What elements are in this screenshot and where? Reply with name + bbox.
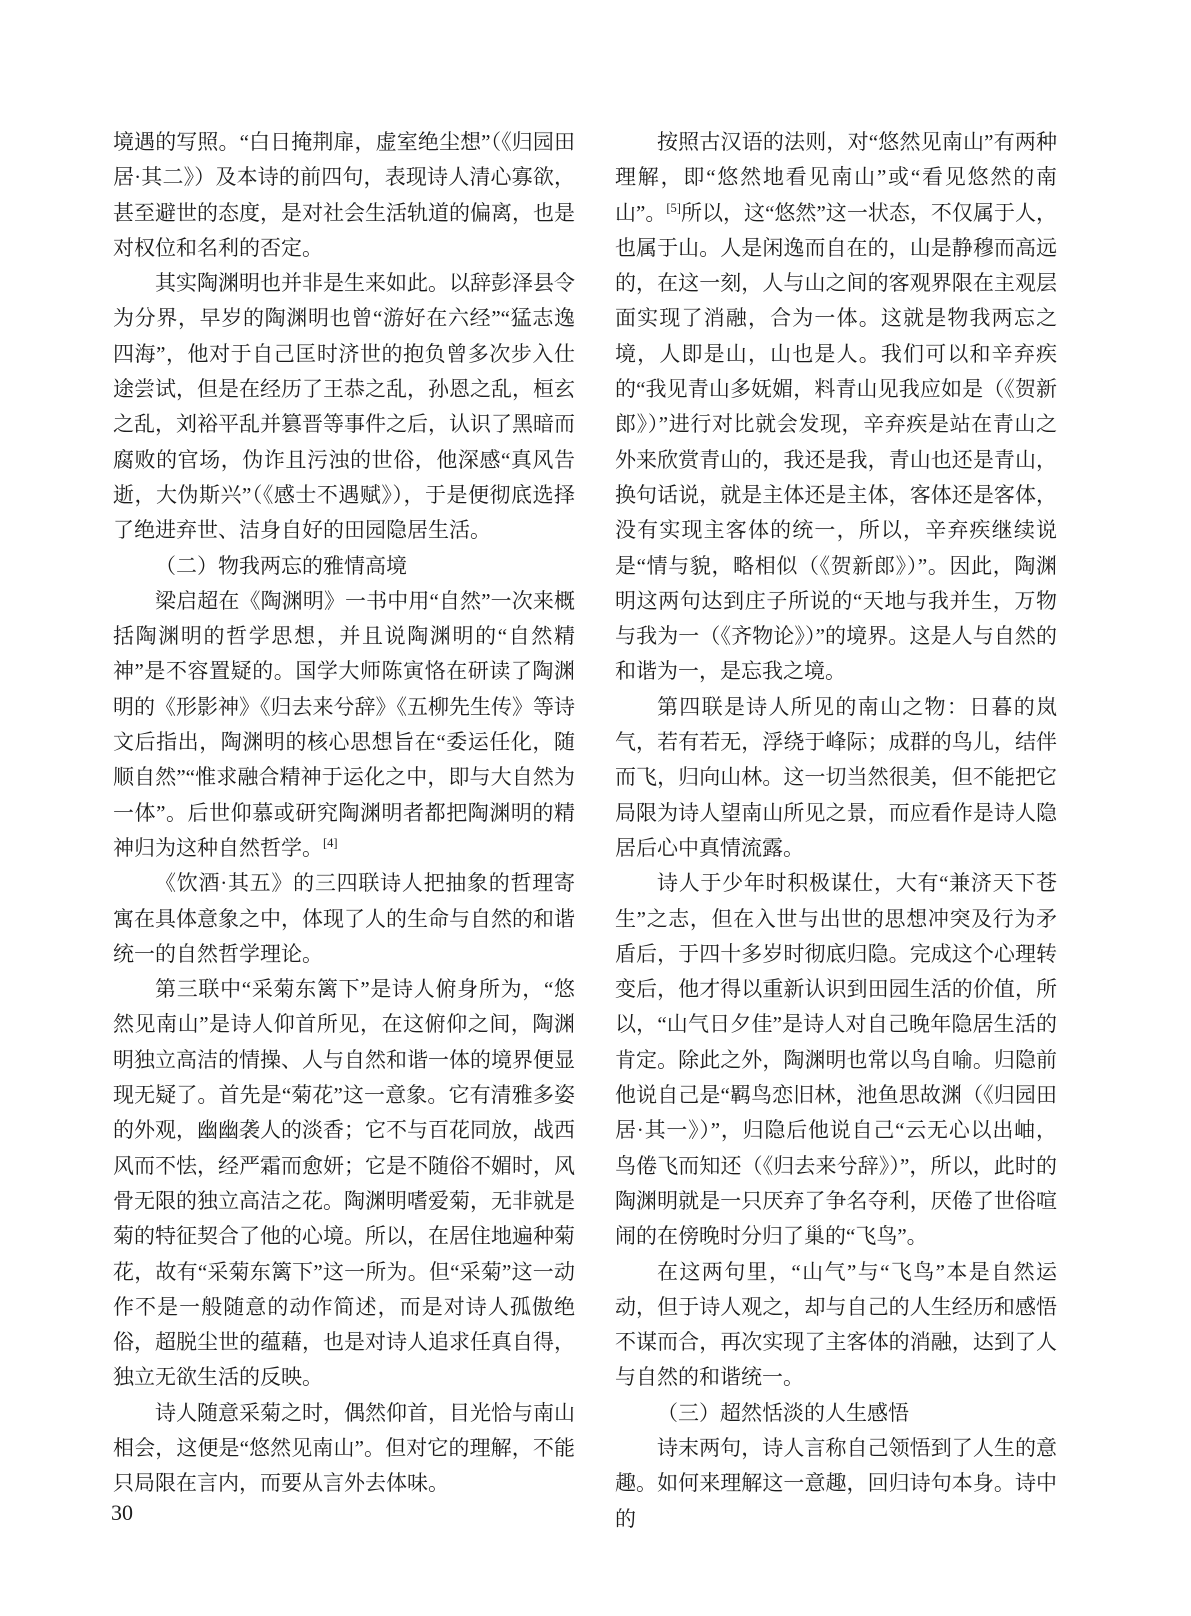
- page-number: 30: [111, 1500, 133, 1526]
- article-body: 境遇的写照。“白日掩荆扉，虚室绝尘想”（《归园田居·其二》）及本诗的前四句，表现…: [113, 125, 1057, 1537]
- paragraph: 按照古汉语的法则，对“悠然见南山”有两种理解，即“悠然地看见南山”或“看见悠然的…: [615, 125, 1057, 690]
- paragraph: 《饮酒·其五》的三四联诗人把抽象的哲理寄寓在具体意象之中，体现了人的生命与自然的…: [113, 866, 575, 972]
- paragraph: 其实陶渊明也并非是生来如此。以辞彭泽县令为分界，早岁的陶渊明也曾“游好在六经”“…: [113, 266, 575, 548]
- paragraph: 境遇的写照。“白日掩荆扉，虚室绝尘想”（《归园田居·其二》）及本诗的前四句，表现…: [113, 125, 575, 266]
- left-column: 境遇的写照。“白日掩荆扉，虚室绝尘想”（《归园田居·其二》）及本诗的前四句，表现…: [113, 125, 575, 1537]
- section-heading: （三）超然恬淡的人生感悟: [615, 1396, 1057, 1431]
- paragraph: 在这两句里，“山气”与“飞鸟”本是自然运动，但于诗人观之，却与自己的人生经历和感…: [615, 1255, 1057, 1396]
- paragraph: 第四联是诗人所见的南山之物：日暮的岚气，若有若无，浮绕于峰际；成群的鸟儿，结伴而…: [615, 690, 1057, 866]
- paragraph: 梁启超在《陶渊明》一书中用“自然”一次来概括陶渊明的哲学思想，并且说陶渊明的“自…: [113, 584, 575, 866]
- paragraph: 诗末两句，诗人言称自己领悟到了人生的意趣。如何来理解这一意趣，回归诗句本身。诗中…: [615, 1431, 1057, 1537]
- section-heading: （二）物我两忘的雅情高境: [113, 549, 575, 584]
- paragraph: 诗人于少年时积极谋仕，大有“兼济天下苍生”之志，但在入世与出世的思想冲突及行为矛…: [615, 866, 1057, 1254]
- footnote-marker: [5]: [666, 201, 681, 215]
- paragraph-text: 所以，这“悠然”这一状态，不仅属于人，也属于山。人是闲逸而自在的，山是静穆而高远…: [615, 201, 1057, 684]
- footnote-marker: [4]: [323, 836, 338, 850]
- right-column: 按照古汉语的法则，对“悠然见南山”有两种理解，即“悠然地看见南山”或“看见悠然的…: [615, 125, 1057, 1537]
- paragraph: 诗人随意采菊之时，偶然仰首，目光恰与南山相会，这便是“悠然见南山”。但对它的理解…: [113, 1396, 575, 1502]
- paragraph: 第三联中“采菊东篱下”是诗人俯身所为，“悠然见南山”是诗人仰首所见，在这俯仰之间…: [113, 972, 575, 1396]
- paragraph-text: 梁启超在《陶渊明》一书中用“自然”一次来概括陶渊明的哲学思想，并且说陶渊明的“自…: [113, 589, 575, 860]
